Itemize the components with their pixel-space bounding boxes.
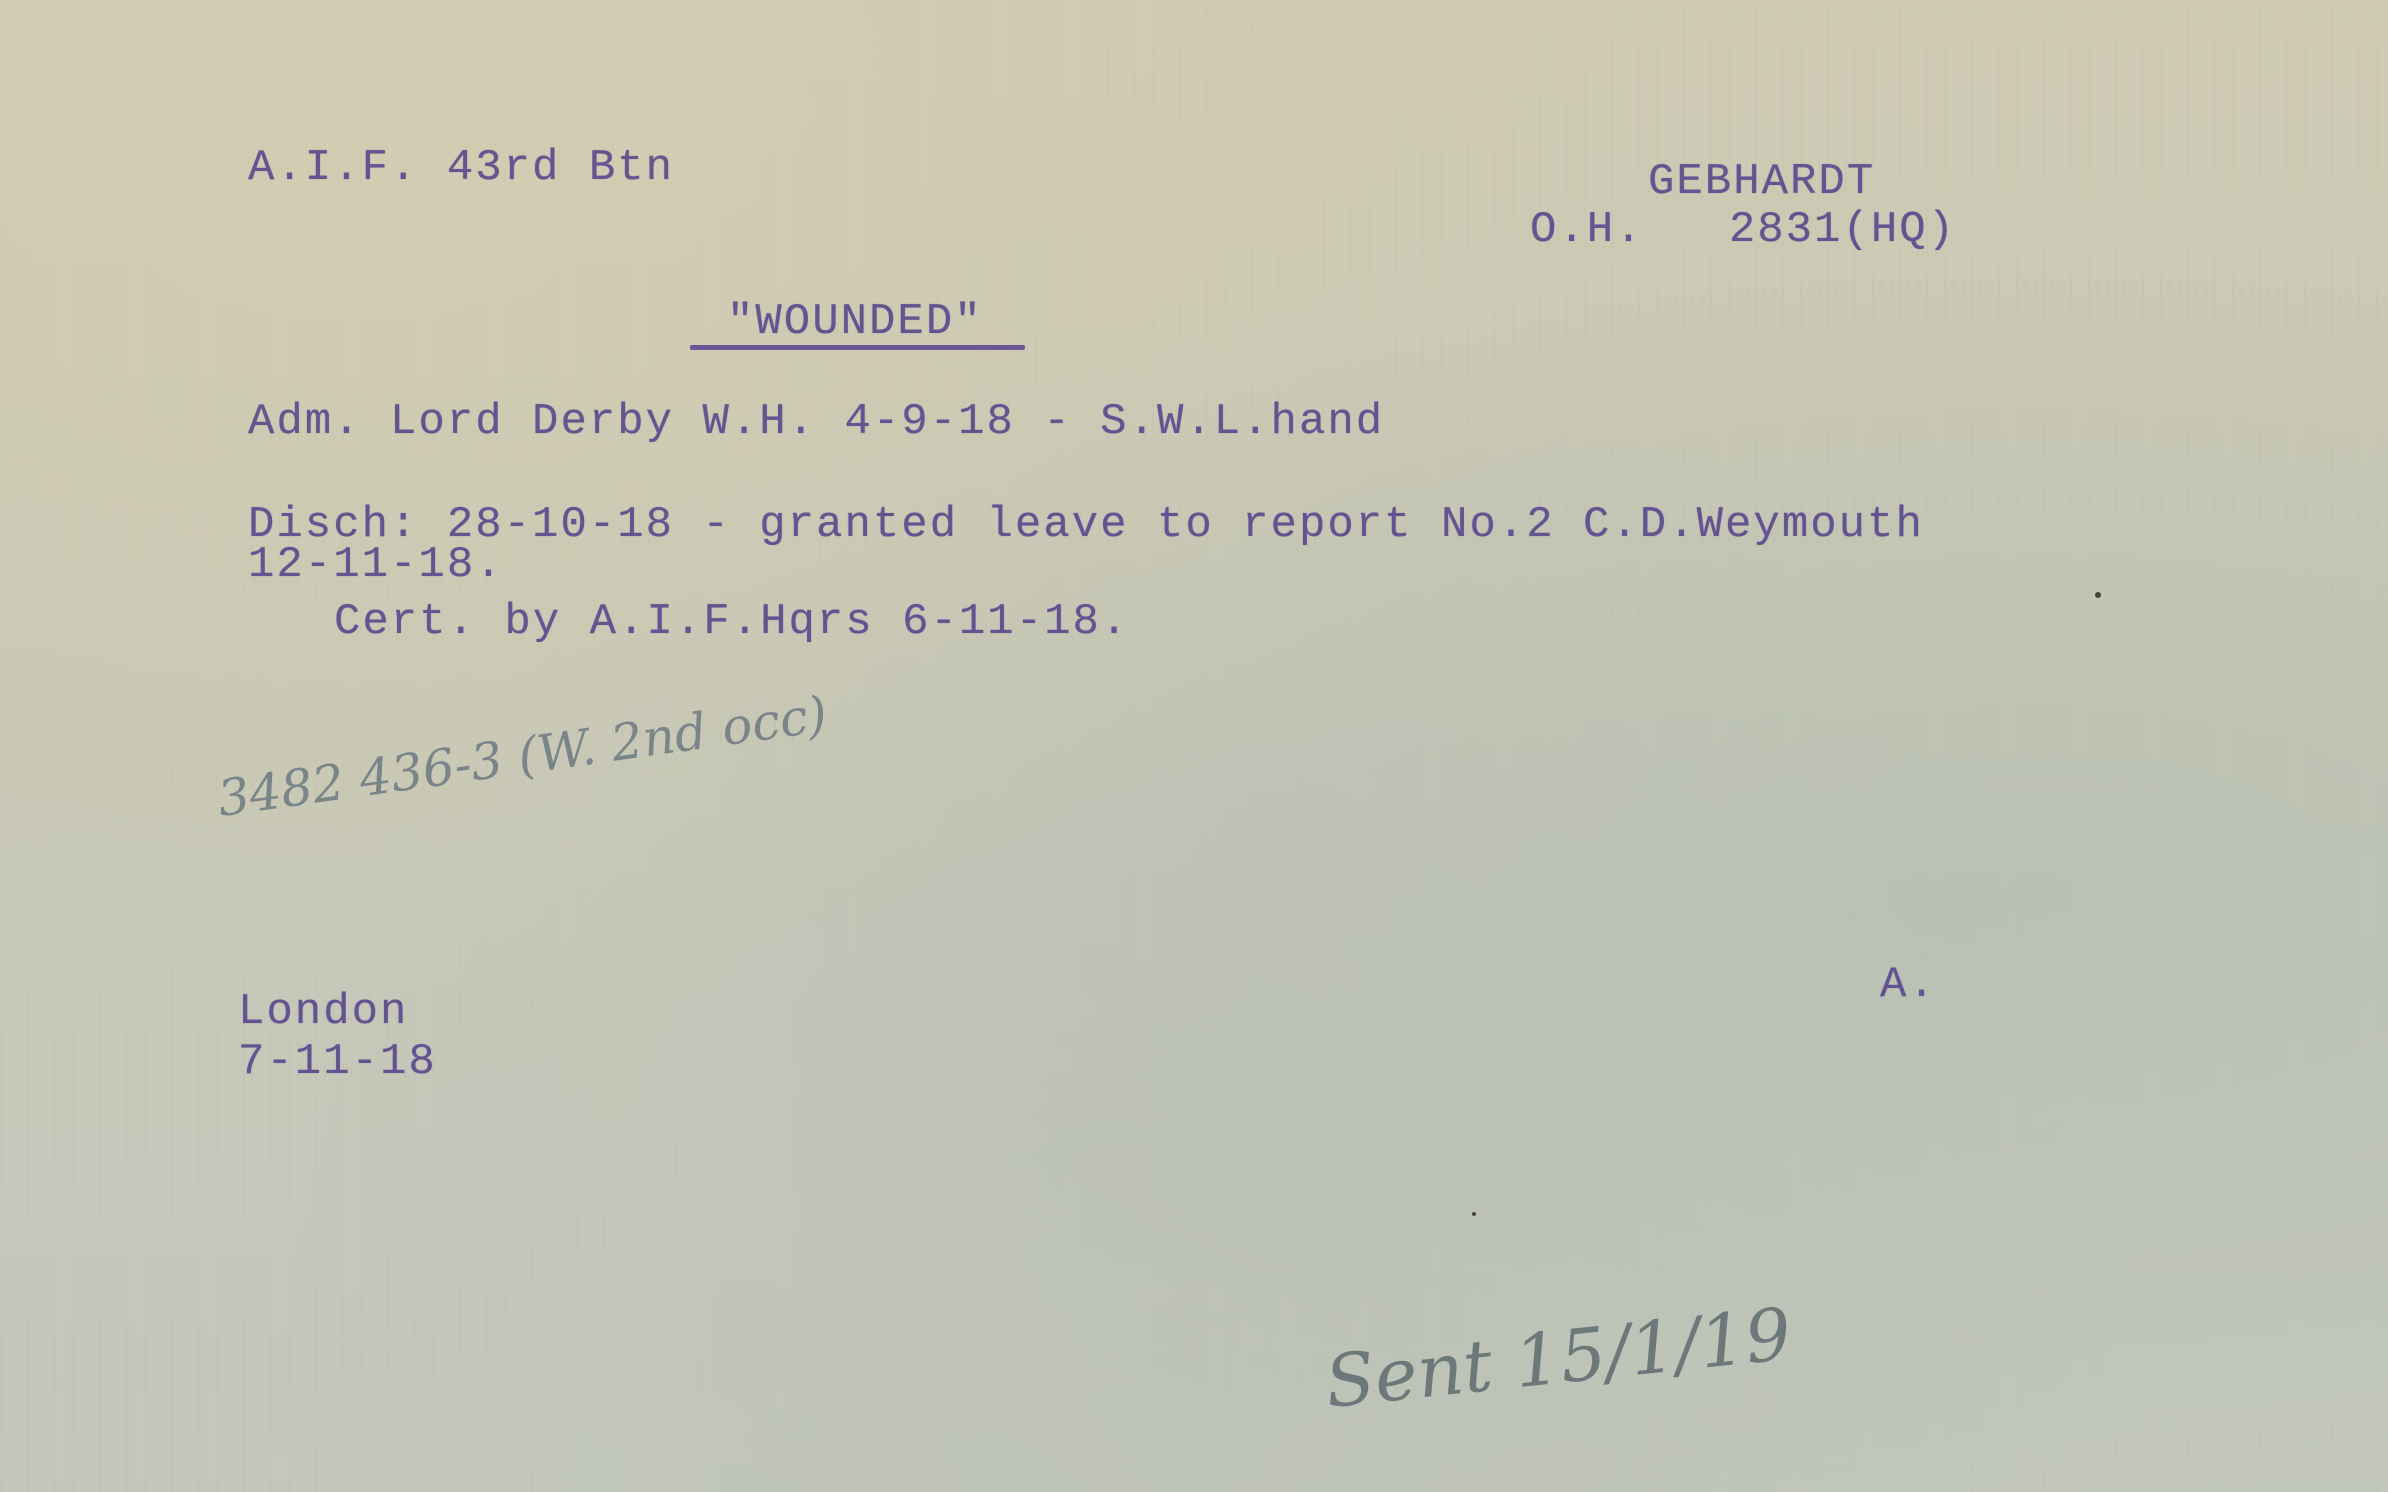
surname: GEBHARDT: [1648, 157, 1875, 207]
index-card: A.I.F. 43rd Btn GEBHARDT O.H. 2831(HQ) "…: [0, 0, 2388, 1492]
clerk-initial: A.: [1880, 960, 1937, 1010]
status-underline: [690, 345, 1025, 350]
certification-entry: Cert. by A.I.F.Hqrs 6-11-18.: [334, 597, 1129, 647]
card-date: 7-11-18: [238, 1037, 437, 1087]
handwritten-reference-note: 3482 436-3 (W. 2nd occ): [214, 685, 831, 828]
discharge-entry-continued: 12-11-18.: [248, 540, 504, 590]
admission-entry: Adm. Lord Derby W.H. 4-9-18 - S.W.L.hand: [248, 397, 1384, 447]
reference-number: O.H. 2831(HQ): [1530, 205, 1956, 255]
handwritten-sent-note: Sent 15/1/19: [1321, 1292, 1795, 1424]
place: London: [238, 987, 408, 1037]
paper-speck: [1472, 1212, 1476, 1216]
status-heading: "WOUNDED": [727, 297, 983, 347]
paper-speck: [2095, 592, 2101, 598]
unit-label: A.I.F. 43rd Btn: [248, 143, 674, 193]
